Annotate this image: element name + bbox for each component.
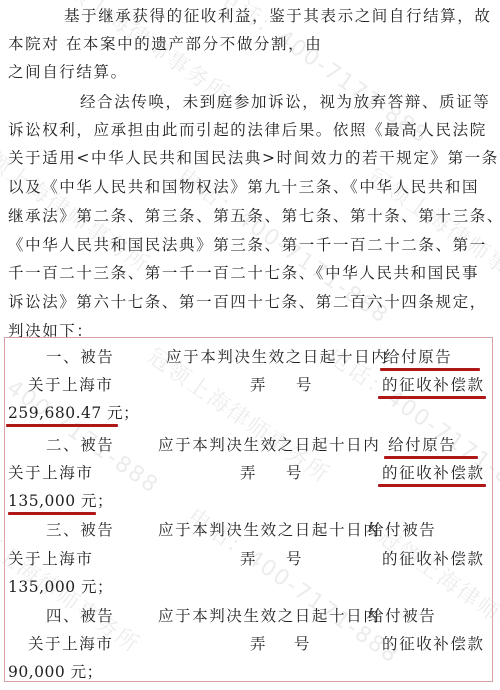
item-clause: 应于本判决生效之日起十日内: [158, 516, 380, 544]
item-prefix: 四、被告: [46, 602, 114, 630]
item-clause: 应于本判决生效之日起十日内: [158, 602, 380, 630]
item-purpose: 的征收补偿款: [382, 371, 485, 399]
judgment-line: 135,000 元；: [8, 487, 492, 515]
red-underline: [8, 512, 96, 515]
item-prefix: 一、被告: [46, 343, 114, 371]
item-amount: 135,000 元；: [8, 573, 113, 601]
item-prefix: 二、被告: [46, 431, 114, 459]
item-recipient: 给付原告: [388, 431, 456, 459]
item-purpose: 的征收补偿款: [382, 459, 485, 487]
judgment-line: 135,000 元；: [8, 573, 492, 601]
item-about: 关于上海市: [28, 371, 114, 399]
item-clause: 应于本判决生效之日起十日内: [166, 343, 388, 371]
judgment-line: 90,000 元；: [8, 658, 492, 686]
judgment-line: 四、被告 应于本判决生效之日起十日内 给付被告: [8, 602, 492, 630]
judgment-line: 259,680.47 元；: [8, 399, 492, 427]
item-purpose: 的征收补偿款: [382, 630, 485, 658]
item-about: 关于上海市: [8, 545, 94, 573]
judgment-line: 关于上海市 弄 号 的征收补偿款: [8, 545, 492, 573]
text-line: 基于继承获得的征收利益，鉴于其表示之间自行结算，故: [8, 2, 492, 30]
item-amount: 259,680.47 元；: [8, 399, 139, 427]
text-line: 之间自行结算。: [8, 58, 492, 86]
item-amount: 135,000 元；: [8, 487, 113, 515]
item-prefix: 三、被告: [46, 516, 114, 544]
item-recipient: 给付被告: [368, 516, 436, 544]
red-underline: [6, 424, 118, 427]
text-line: 本院对 在本案中的遗产部分不做分割，由: [8, 30, 492, 58]
item-recipient: 给付被告: [368, 602, 436, 630]
item-lane: 弄: [250, 371, 267, 399]
text-line: 关于适用<中华人民共和国民法典>时间效力的若干规定》第一条: [8, 144, 492, 172]
item-number: 号: [286, 545, 303, 573]
text-line: 诉讼权利，应承担由此而引起的法律后果。依照《最高人民法院: [8, 116, 492, 144]
item-recipient: 给付原告: [384, 343, 452, 371]
item-number: 号: [294, 630, 311, 658]
item-clause: 应于本判决生效之日起十日内: [158, 431, 380, 459]
text-line: 千一百二十三条、第一千一百二十七条、《中华人民共和国民事: [8, 259, 492, 287]
judgment-line: 关于上海市 弄 号 的征收补偿款: [8, 459, 492, 487]
text-line: 继承法》第二条、第三条、第五条、第七条、第十条、第十三条、: [8, 202, 492, 230]
judgment-line: 关于上海市 弄 号 的征收补偿款: [8, 371, 492, 399]
text-line: 诉讼法》第六十七条、第一百四十七条、第二百六十四条规定，: [8, 288, 492, 316]
item-lane: 弄: [240, 545, 257, 573]
text-line: 以及《中华人民共和国物权法》第九十三条、《中华人民共和国: [8, 173, 492, 201]
text-line: 《中华人民共和国民法典》第三条、第一千一百二十二条、第一: [8, 231, 492, 259]
item-lane: 弄: [250, 630, 267, 658]
item-amount: 90,000 元；: [8, 658, 103, 686]
item-purpose: 的征收补偿款: [382, 545, 485, 573]
text-line: 经合法传唤，未到庭参加诉讼，视为放弃答辩、质证等: [8, 88, 492, 116]
judgment-line: 二、被告 应于本判决生效之日起十日内 给付原告: [8, 431, 492, 459]
item-number: 号: [286, 459, 303, 487]
judgment-line: 三、被告 应于本判决生效之日起十日内 给付被告: [8, 516, 492, 544]
judgment-line: 一、被告 应于本判决生效之日起十日内 给付原告: [8, 343, 492, 371]
item-lane: 弄: [240, 459, 257, 487]
item-about: 关于上海市: [8, 459, 94, 487]
item-about: 关于上海市: [28, 630, 114, 658]
item-number: 号: [296, 371, 313, 399]
judgment-line: 关于上海市 弄 号 的征收补偿款: [8, 630, 492, 658]
